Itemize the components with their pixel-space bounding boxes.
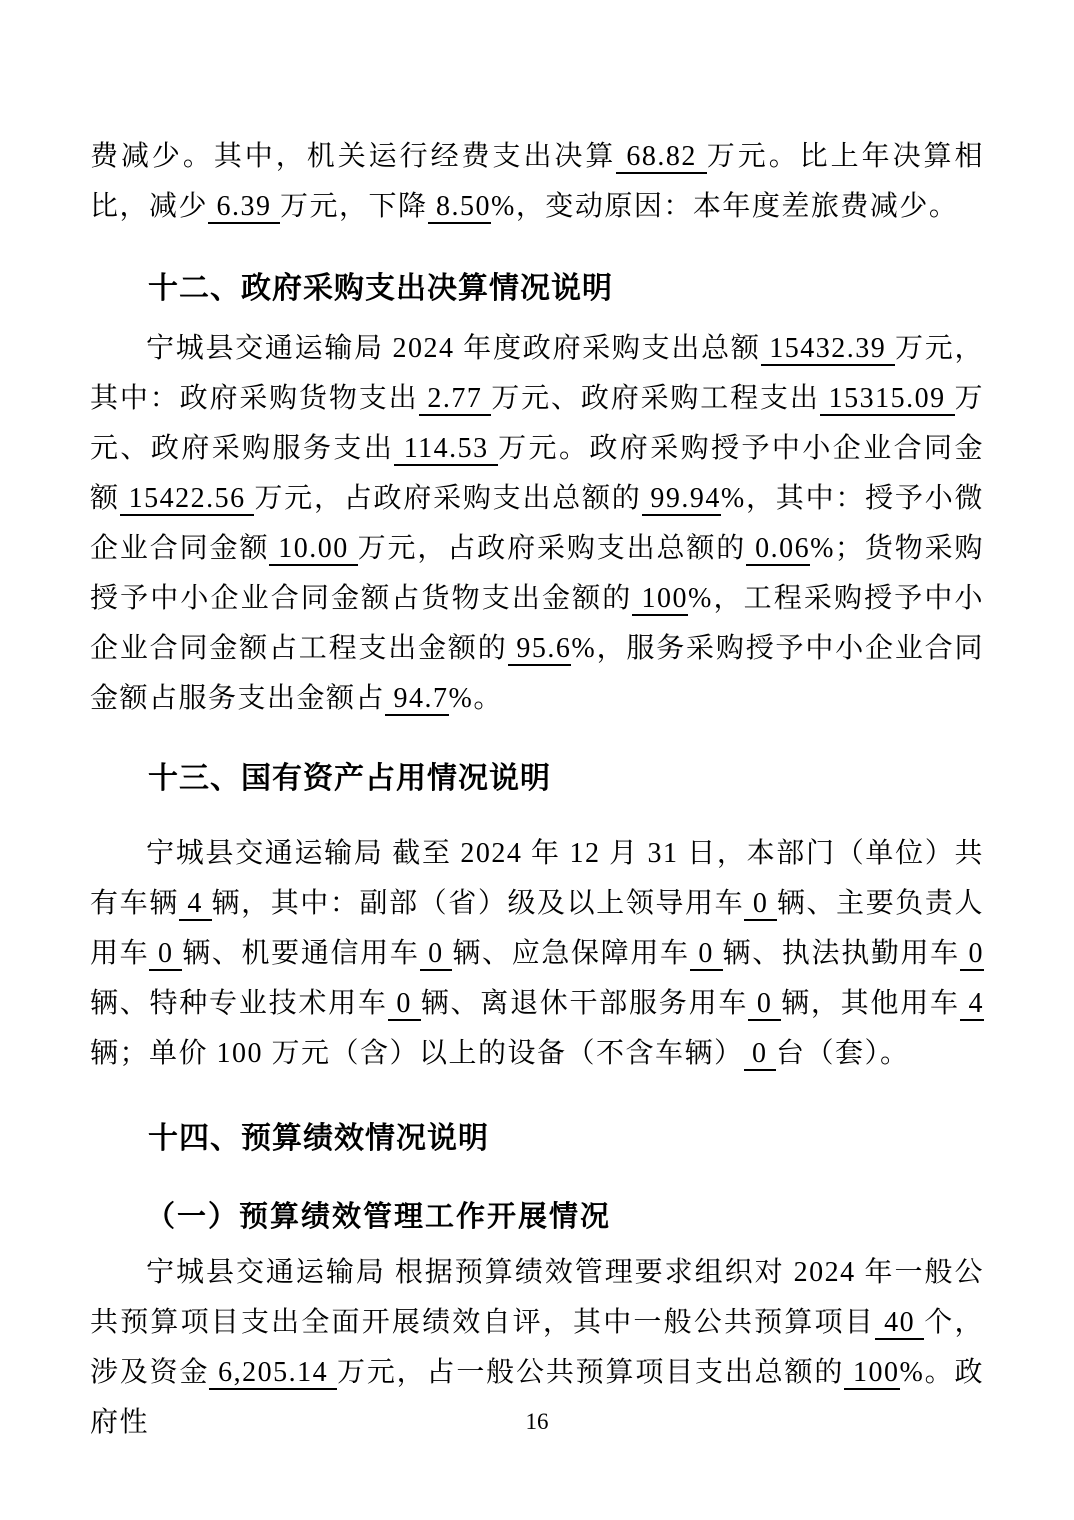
underlined-value: 40 bbox=[875, 1307, 924, 1340]
text-run: 辆、执法执勤用车 bbox=[723, 938, 960, 969]
text-run: 万元、政府采购工程支出 bbox=[491, 383, 820, 414]
text-run: 万元，占一般公共预算项目支出总额的 bbox=[337, 1357, 844, 1388]
text-run: 辆；单价 100 万元（含）以上的设备（不含车辆） bbox=[90, 1038, 744, 1069]
heading-section-12: 十二、政府采购支出决算情况说明 bbox=[90, 264, 984, 314]
text-run: 辆，其他用车 bbox=[781, 988, 960, 1019]
underlined-value: 94.7 bbox=[385, 683, 449, 716]
text-run: 万元，占政府采购支出总额的 bbox=[358, 533, 747, 564]
underlined-value: 4 bbox=[960, 988, 984, 1021]
underlined-value: 114.53 bbox=[394, 433, 498, 466]
paragraph-state-assets: 宁城县交通运输局 截至 2024 年 12 月 31 日，本部门（单位）共有车辆… bbox=[90, 829, 984, 1079]
text-run: 辆、离退休干部服务用车 bbox=[421, 988, 748, 1019]
underlined-value: 100 bbox=[632, 583, 688, 616]
paragraph-admin-operating-costs: 费减少。其中，机关运行经费支出决算 68.82 万元。比上年决算相比，减少 6.… bbox=[90, 132, 984, 232]
heading-section-13: 十三、国有资产占用情况说明 bbox=[90, 754, 984, 804]
underlined-value: 0 bbox=[960, 938, 984, 971]
underlined-value: 0 bbox=[149, 938, 182, 971]
text-run: 台（套）。 bbox=[776, 1038, 910, 1069]
underlined-value: 0 bbox=[690, 938, 723, 971]
underlined-value: 8.50 bbox=[428, 191, 492, 224]
paragraph-gov-procurement: 宁城县交通运输局 2024 年度政府采购支出总额 15432.39 万元，其中：… bbox=[90, 324, 984, 724]
text-run: 宁城县交通运输局 根据预算绩效管理要求组织对 2024 年一般公共预算项目支出全… bbox=[90, 1257, 984, 1338]
underlined-value: 15315.09 bbox=[820, 383, 955, 416]
text-run: 辆，其中：副部（省）级及以上领导用车 bbox=[212, 888, 745, 919]
underlined-value: 0 bbox=[744, 888, 777, 921]
underlined-value: 6.39 bbox=[208, 191, 280, 224]
text-run: 辆、应急保障用车 bbox=[452, 938, 689, 969]
underlined-value: 15422.56 bbox=[120, 483, 255, 516]
text-run: 宁城县交通运输局 2024 年度政府采购支出总额 bbox=[146, 333, 761, 364]
underlined-value: 6,205.14 bbox=[209, 1357, 337, 1390]
underlined-value: 15432.39 bbox=[761, 333, 895, 366]
heading-section-14: 十四、预算绩效情况说明 bbox=[90, 1114, 984, 1164]
text-run: %。 bbox=[449, 683, 503, 714]
underlined-value: 0 bbox=[388, 988, 421, 1021]
page-number: 16 bbox=[0, 1408, 1074, 1436]
underlined-value: 99.94 bbox=[642, 483, 721, 516]
underlined-value: 0 bbox=[420, 938, 453, 971]
underlined-value: 4 bbox=[179, 888, 212, 921]
underlined-value: 0.06 bbox=[746, 533, 810, 566]
text-run: %，变动原因：本年度差旅费减少。 bbox=[491, 191, 958, 222]
text-run: 万元，下降 bbox=[280, 191, 428, 222]
text-run: 辆、机要通信用车 bbox=[182, 938, 419, 969]
underlined-value: 68.82 bbox=[616, 141, 706, 174]
underlined-value: 95.6 bbox=[508, 633, 572, 666]
document-page: 费减少。其中，机关运行经费支出决算 68.82 万元。比上年决算相比，减少 6.… bbox=[0, 0, 1074, 1520]
text-run: 万元，占政府采购支出总额的 bbox=[254, 483, 641, 514]
underlined-value: 0 bbox=[748, 988, 781, 1021]
subheading-14-1: （一）预算绩效管理工作开展情况 bbox=[90, 1192, 984, 1242]
underlined-value: 0 bbox=[744, 1038, 777, 1071]
underlined-value: 2.77 bbox=[419, 383, 492, 416]
underlined-value: 100 bbox=[844, 1357, 899, 1390]
underlined-value: 10.00 bbox=[269, 533, 357, 566]
text-run: 费减少。其中，机关运行经费支出决算 bbox=[90, 141, 616, 172]
text-run: 辆、特种专业技术用车 bbox=[90, 988, 388, 1019]
